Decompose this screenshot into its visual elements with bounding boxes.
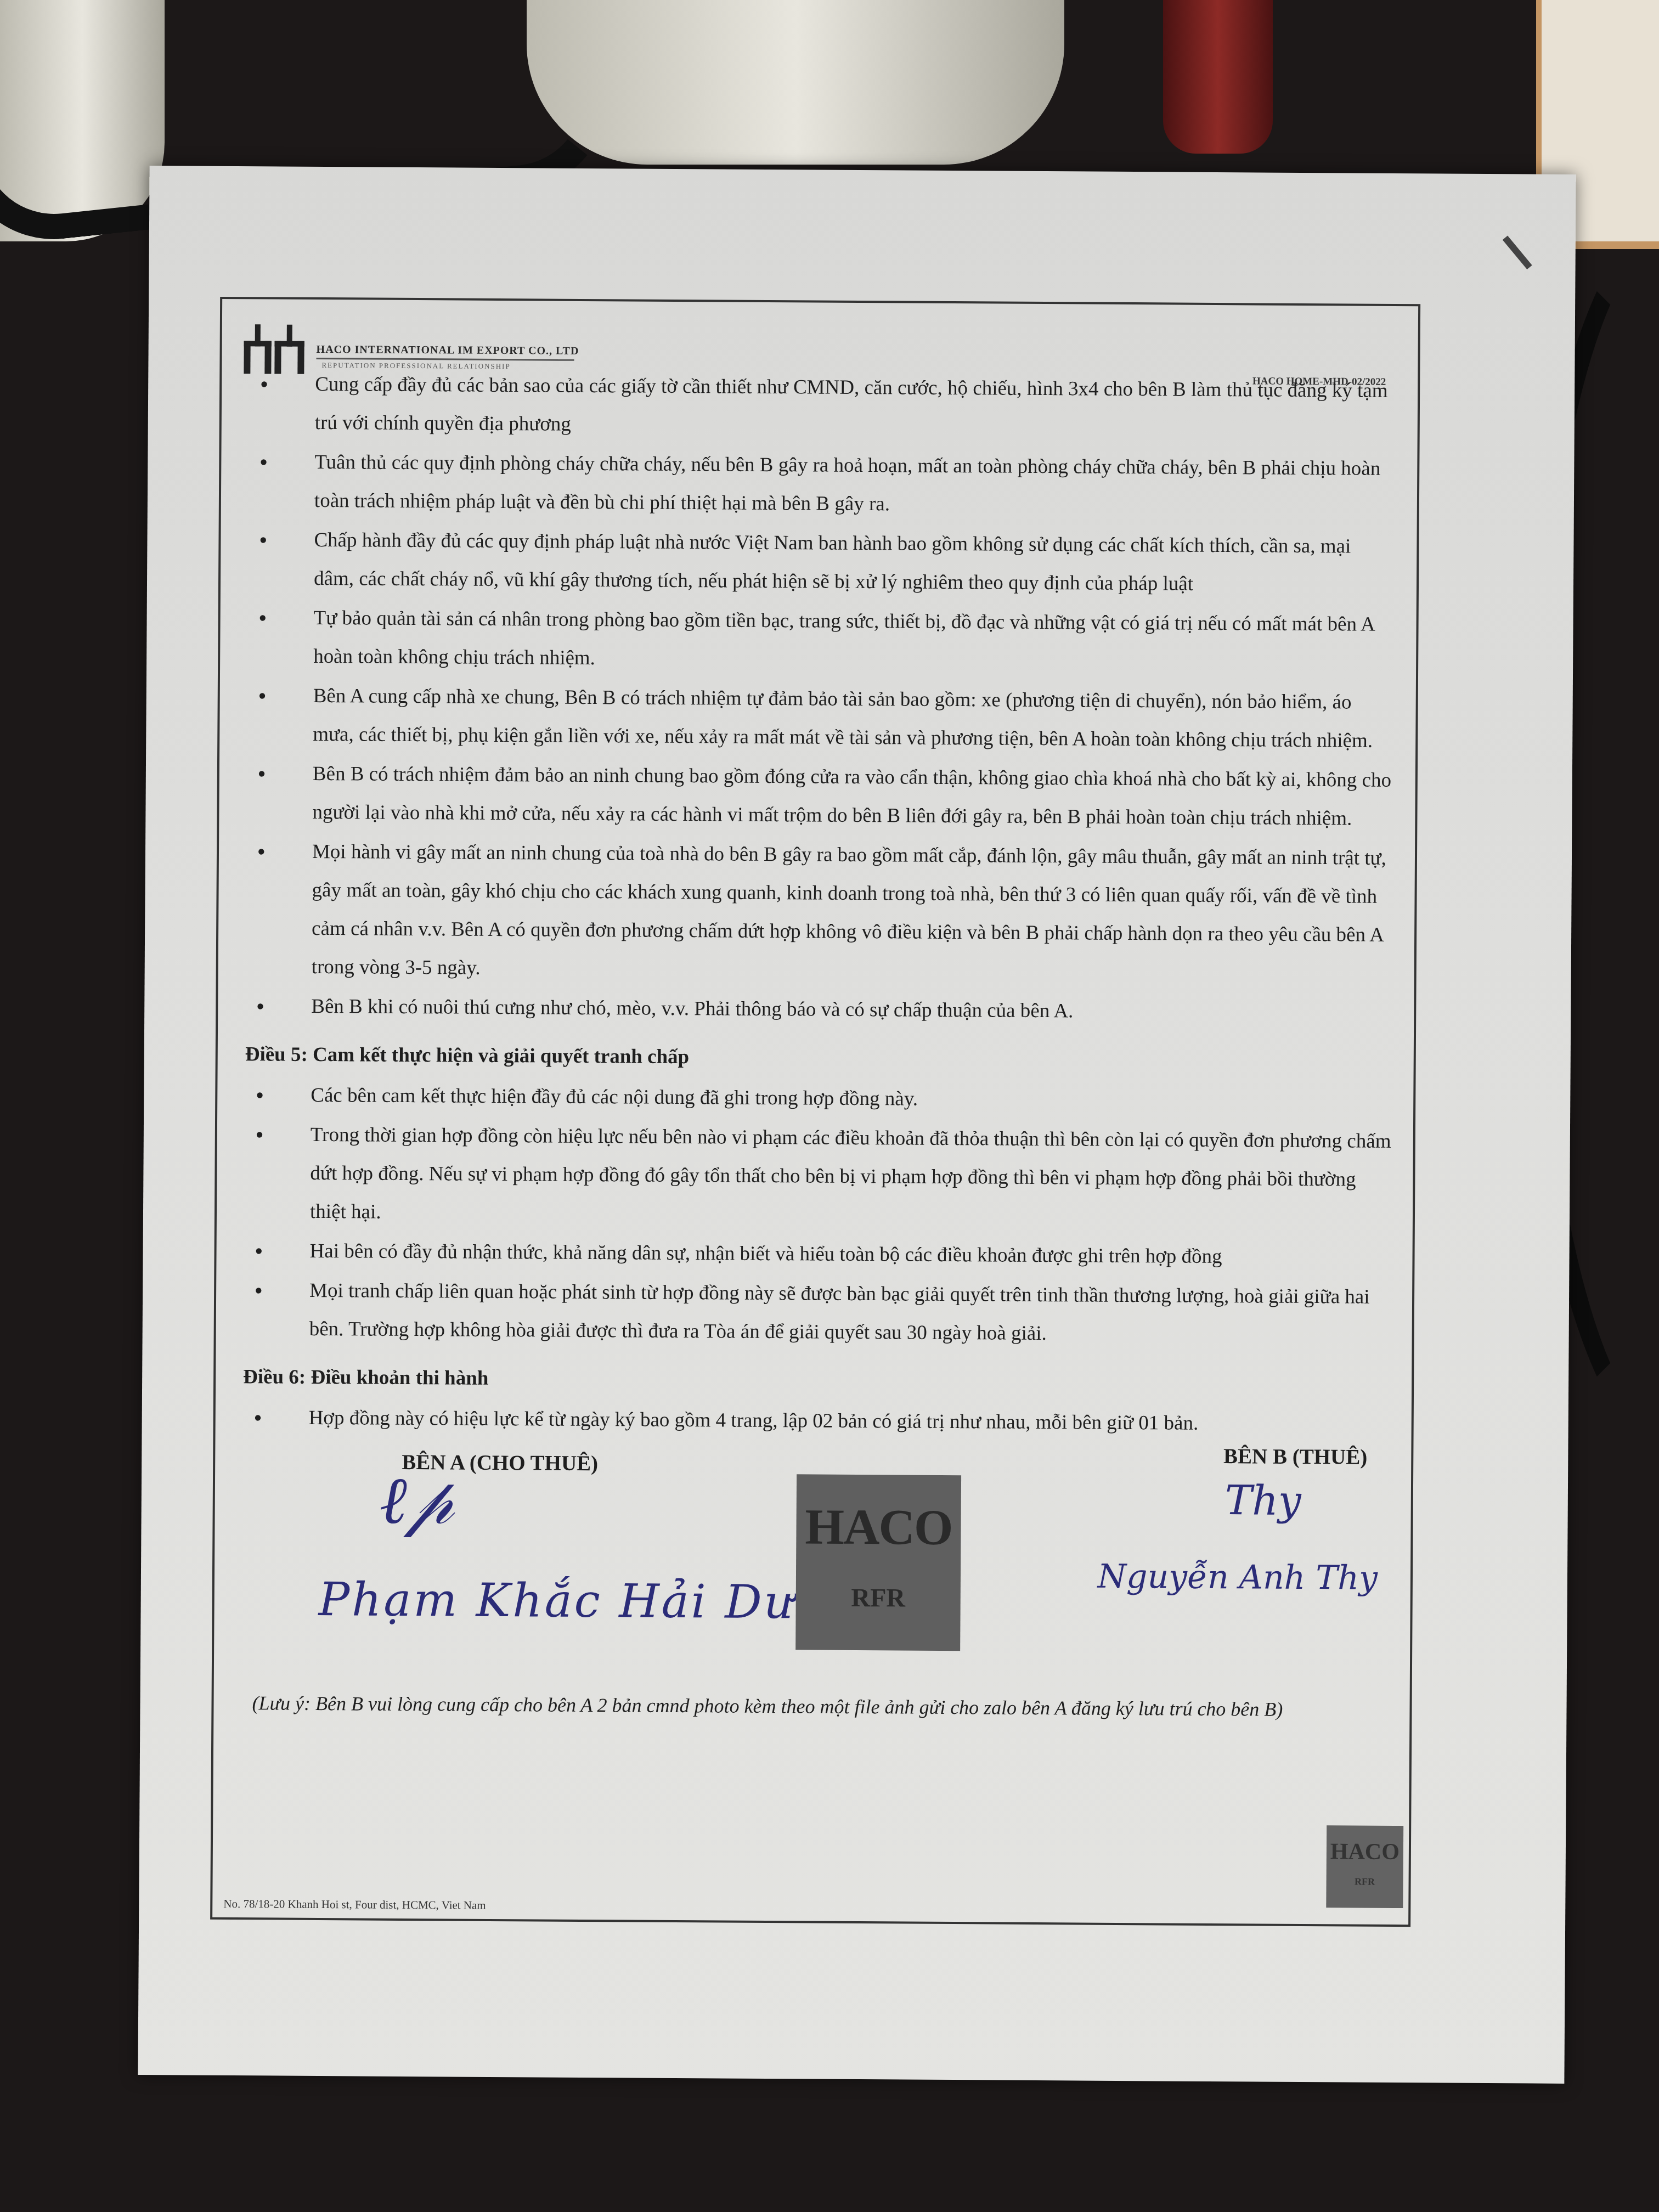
party-b-handwritten-name: Nguyễn Anh Thy xyxy=(1097,1558,1378,1598)
list-item: Bên B có trách nhiệm đảm bảo an ninh chu… xyxy=(252,754,1393,838)
company-address: No. 78/18-20 Khanh Hoi st, Four dist, HC… xyxy=(223,1897,486,1912)
list-item: Tuân thủ các quy định phòng cháy chữa ch… xyxy=(254,443,1396,527)
note: (Lưu ý: Bên B vui lòng cung cấp cho bên … xyxy=(252,1684,1387,1729)
contract-body: Cung cấp đầy đủ các bản sao của các giấy… xyxy=(246,365,1396,1729)
list-item: Mọi tranh chấp liên quan hoặc phát sinh … xyxy=(249,1271,1390,1355)
list-item: Tự bảo quản tài sản cá nhân trong phòng … xyxy=(253,599,1395,682)
list-item: Mọi hành vi gây mất an ninh chung của to… xyxy=(251,832,1393,993)
list-item: Bên A cung cấp nhà xe chung, Bên B có tr… xyxy=(252,676,1394,760)
stamp-subtext: RFR xyxy=(796,1578,961,1618)
list-item: Cung cấp đầy đủ các bản sao của các giấy… xyxy=(255,365,1396,449)
stamp-text: HACO xyxy=(796,1507,961,1547)
divider xyxy=(317,358,574,361)
party-b-signature: Thy xyxy=(1225,1481,1301,1520)
party-b-label: BÊN B (THUÊ) xyxy=(1223,1437,1368,1477)
list-item: Hai bên có đầy đủ nhận thức, khả năng dâ… xyxy=(249,1232,1390,1277)
stamp-subtext: RFR xyxy=(1327,1876,1403,1888)
list-item: Bên B khi có nuôi thú cưng như chó, mèo,… xyxy=(251,987,1392,1032)
article-6-title: Điều 6: Điều khoản thi hành xyxy=(243,1358,1390,1403)
company-name: HACO INTERNATIONAL IM EXPORT CO., LTD xyxy=(317,343,579,358)
article-5-title: Điều 5: Cam kết thực hiện và giải quyết … xyxy=(245,1035,1392,1081)
contract-page: HACO INTERNATIONAL IM EXPORT CO., LTD RE… xyxy=(138,166,1576,2084)
obligations-list: Cung cấp đầy đủ các bản sao của các giấy… xyxy=(251,365,1396,1032)
stamp-text: HACO xyxy=(1327,1838,1403,1865)
company-stamp: HACO RFR xyxy=(795,1474,961,1651)
party-a-signature: ℓ𝓅 xyxy=(380,1482,454,1521)
pencil-mark xyxy=(1503,236,1532,270)
page-frame: HACO INTERNATIONAL IM EXPORT CO., LTD RE… xyxy=(210,297,1420,1927)
background-power-strip xyxy=(527,0,1064,165)
signature-block: BÊN A (CHO THUÊ) BÊN B (THUÊ) ℓ𝓅 Phạm Kh… xyxy=(247,1442,1390,1691)
list-item: Chấp hành đầy đủ các quy định pháp luật … xyxy=(253,521,1395,605)
article-5-list: Các bên cam kết thực hiện đầy đủ các nội… xyxy=(249,1076,1391,1355)
list-item: Hợp đồng này có hiệu lực kể từ ngày ký b… xyxy=(249,1398,1390,1444)
list-item: Các bên cam kết thực hiện đầy đủ các nội… xyxy=(250,1076,1391,1121)
background-red-object xyxy=(1163,0,1273,154)
article-6-list: Hợp đồng này có hiệu lực kể từ ngày ký b… xyxy=(249,1398,1390,1444)
list-item: Trong thời gian hợp đồng còn hiệu lực nế… xyxy=(250,1115,1391,1238)
footer-stamp: HACO RFR xyxy=(1326,1825,1403,1908)
